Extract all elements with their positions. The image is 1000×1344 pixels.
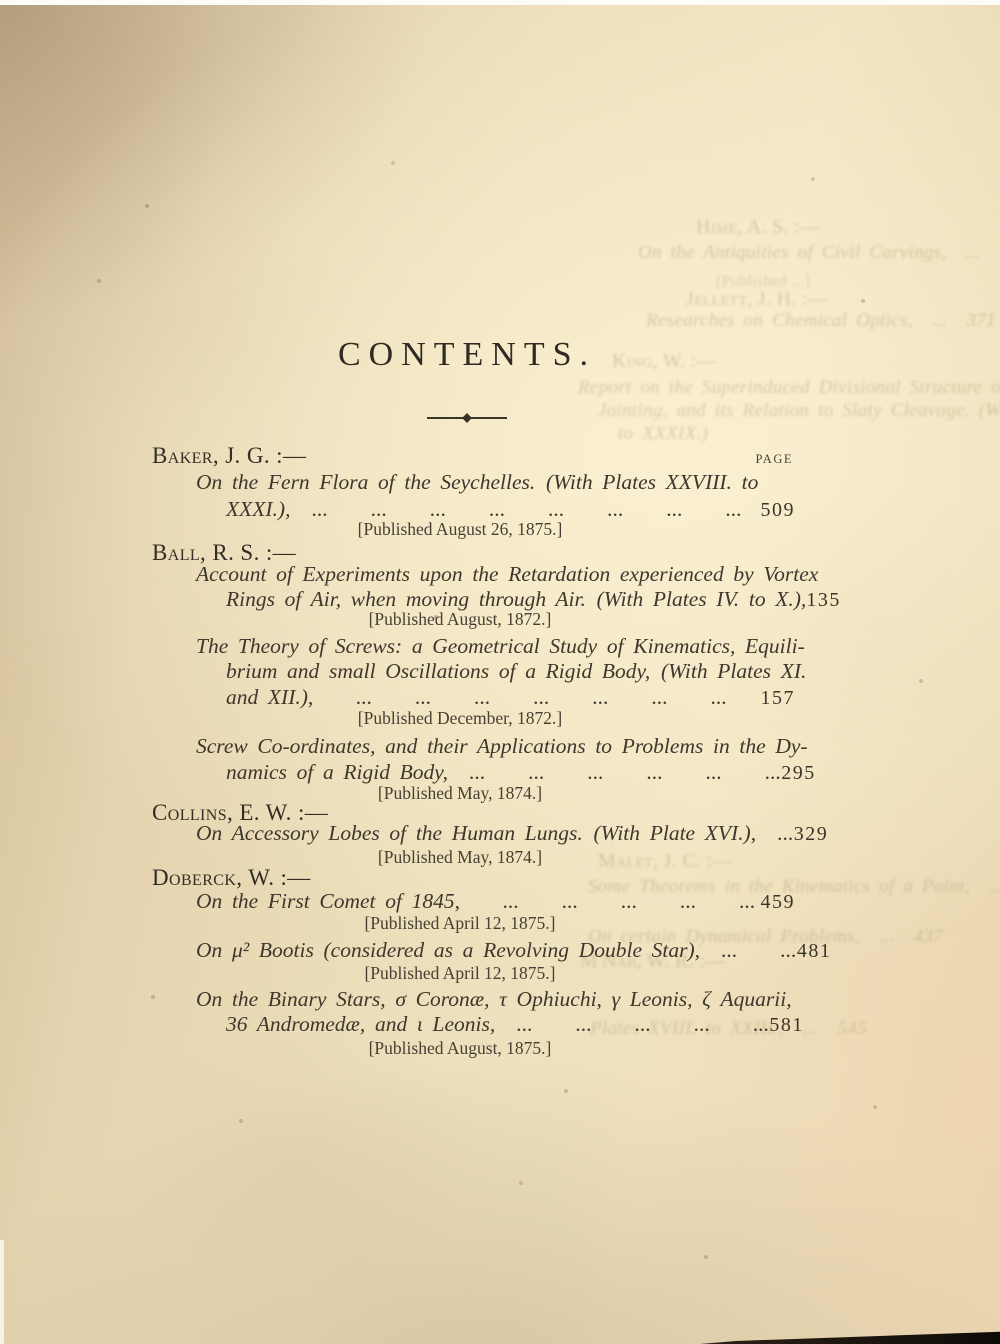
item-line: On the First Comet of 1845, ... ... ... … <box>152 889 795 914</box>
scan-edge-top <box>0 0 1000 5</box>
page-number: 295 <box>781 761 816 785</box>
item-line: On the Fern Flora of the Seychelles. (Wi… <box>152 470 795 494</box>
published-note: [Published December, 1872.] <box>152 708 768 729</box>
published-note: [Published August, 1872.] <box>152 609 768 630</box>
item-line: 36 Andromedæ, and ι Leonis, ... ... ... … <box>152 1012 795 1037</box>
item-line: namics of a Rigid Body, ... ... ... ... … <box>152 760 795 785</box>
item-line-text: Rings of Air, when moving through Air. (… <box>226 587 806 611</box>
item-line-text: XXXI.), ... ... ... ... ... ... ... ... <box>226 497 742 521</box>
page-number: 481 <box>797 939 832 963</box>
published-note: [Published April 12, 1875.] <box>152 963 768 984</box>
item-line: and XII.), ... ... ... ... ... ... ... 1… <box>152 685 795 710</box>
item-line-text: On Accessory Lobes of the Human Lungs. (… <box>196 821 794 845</box>
item-line: On the Binary Stars, σ Coronæ, τ Ophiuch… <box>152 987 795 1011</box>
page-number: 459 <box>761 890 796 914</box>
scanned-book-page: Hime, A. S. :— On the Antiquities of Civ… <box>0 0 1000 1344</box>
page-number: 135 <box>806 588 841 612</box>
published-note: [Published August, 1875.] <box>152 1038 768 1059</box>
item-line-text: On the First Comet of 1845, ... ... ... … <box>196 889 756 913</box>
contents-list: PAGE Baker, J. G. :— On the Fern Flora o… <box>152 0 795 1344</box>
item-line: brium and small Oscillations of a Rigid … <box>152 659 795 683</box>
author-doberck: Doberck, W. :— <box>152 866 795 890</box>
item-line-text: and XII.), ... ... ... ... ... ... ... <box>226 685 727 709</box>
item-line-text: 36 Andromedæ, and ι Leonis, ... ... ... … <box>226 1012 769 1036</box>
scan-edge-left <box>0 1240 4 1344</box>
published-note: [Published April 12, 1875.] <box>152 913 768 934</box>
page-number: 157 <box>761 686 796 710</box>
item-line: On μ² Bootis (considered as a Revolving … <box>152 938 795 963</box>
page-number: 581 <box>769 1013 804 1037</box>
page-number: 329 <box>794 822 829 846</box>
item-line: Screw Co-ordinates, and their Applicatio… <box>152 734 795 758</box>
published-note: [Published August 26, 1875.] <box>152 519 768 540</box>
item-line-text: On μ² Bootis (considered as a Revolving … <box>196 938 797 962</box>
author-baker: Baker, J. G. :— <box>152 444 795 468</box>
item-line-text: namics of a Rigid Body, ... ... ... ... … <box>226 760 781 784</box>
item-line: Account of Experiments upon the Retardat… <box>152 562 795 586</box>
paper-specks <box>0 0 2 2</box>
item-line: The Theory of Screws: a Geometrical Stud… <box>152 634 795 658</box>
item-line: On Accessory Lobes of the Human Lungs. (… <box>152 821 795 846</box>
